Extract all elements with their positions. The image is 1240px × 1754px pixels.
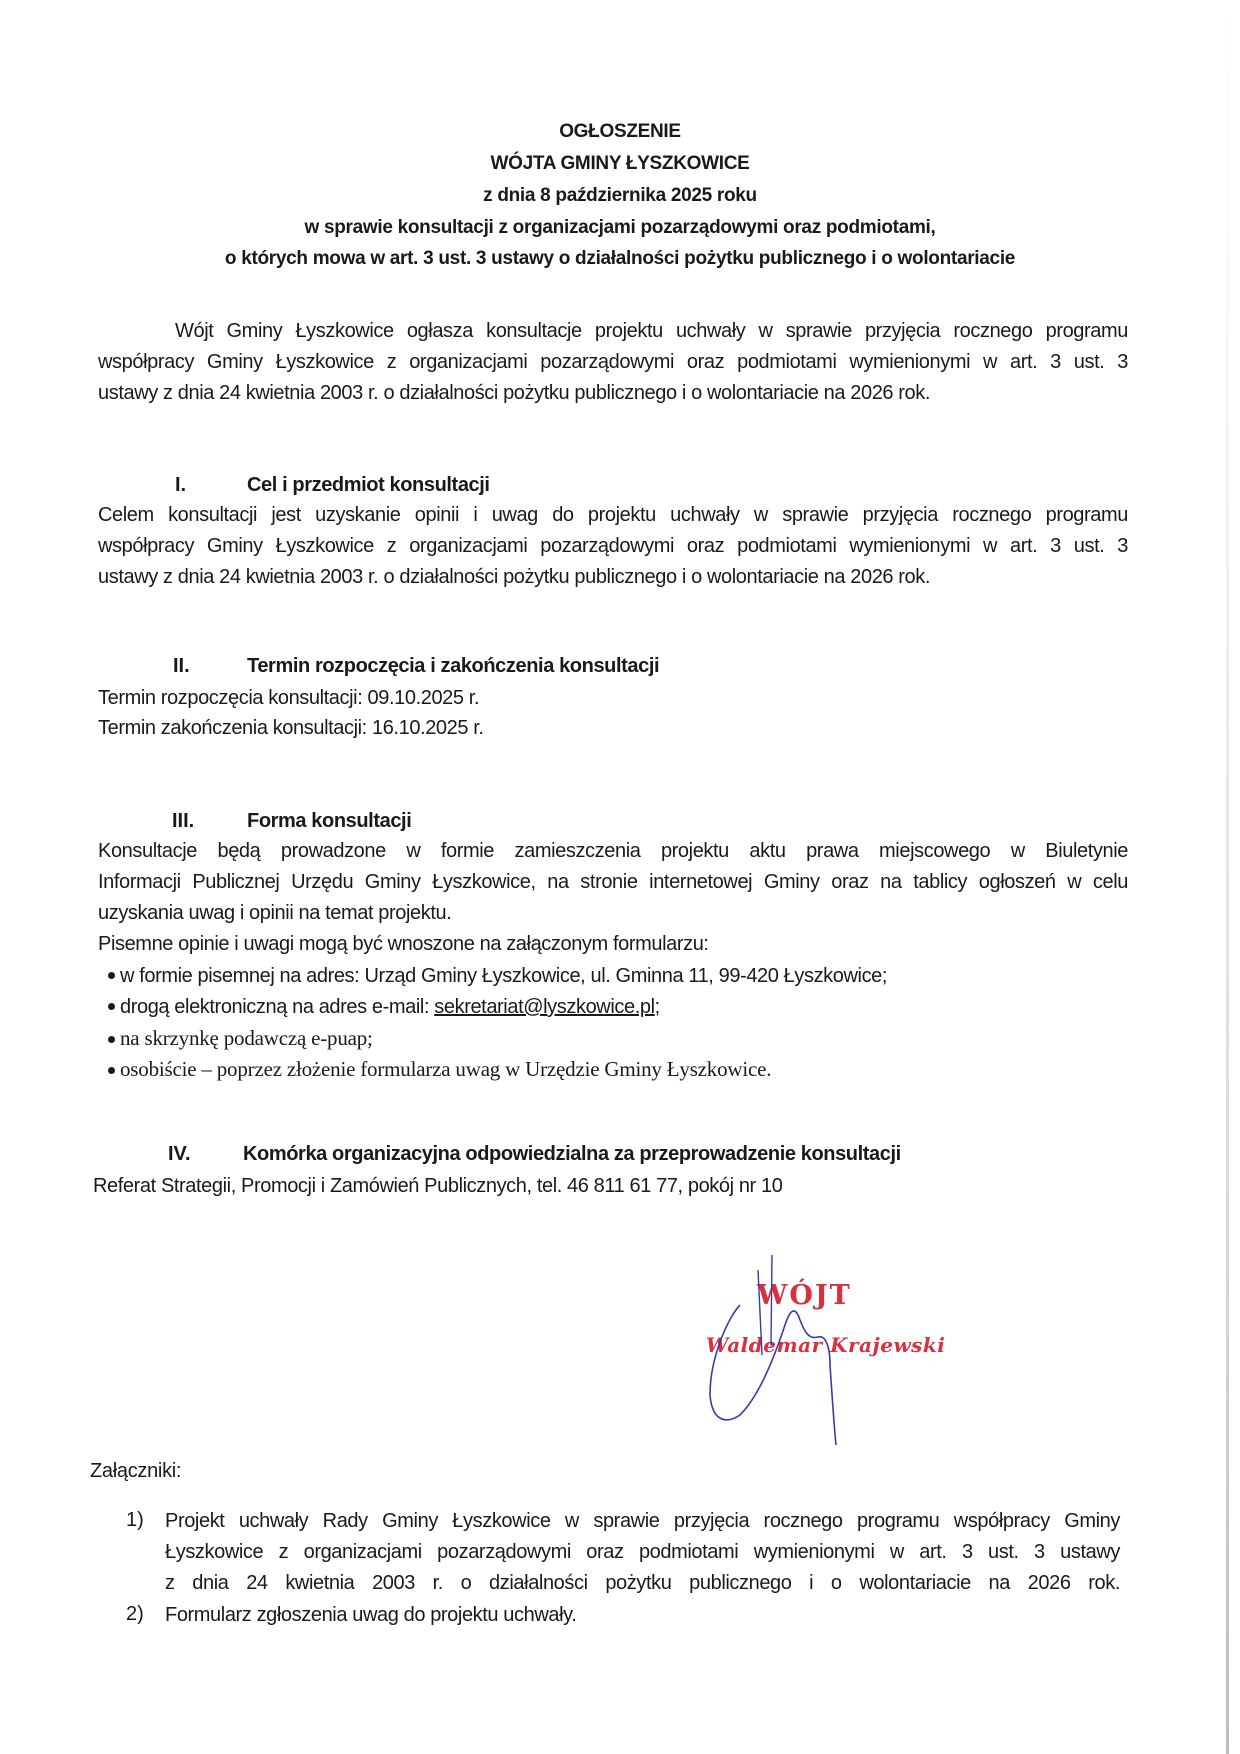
attachment-1-line-3: z dnia 24 kwietnia 2003 r. o działalnośc… <box>165 1571 1120 1595</box>
doc-subject-line-1: w sprawie konsultacji z organizacjami po… <box>0 216 1240 240</box>
intro-line-1: Wójt Gminy Łyszkowice ogłasza konsultacj… <box>175 319 1128 343</box>
responsible-unit: Referat Strategii, Promocji i Zamówień P… <box>93 1174 782 1198</box>
bullet-text-suffix: ; <box>655 996 660 1018</box>
bullet-epuap: na skrzynkę podawczą e-puap; <box>108 1026 373 1050</box>
section-1-line-1: Celem konsultacji jest uzyskanie opinii … <box>98 503 1128 527</box>
intro-line-3: ustawy z dnia 24 kwietnia 2003 r. o dzia… <box>98 381 1128 405</box>
attachment-1-line-1: Projekt uchwały Rady Gminy Łyszkowice w … <box>165 1509 1120 1533</box>
document-page: OGŁOSZENIE WÓJTA GMINY ŁYSZKOWICE z dnia… <box>0 0 1240 1754</box>
consultation-end-date: Termin zakończenia konsultacji: 16.10.20… <box>98 716 484 740</box>
attachment-1-line-2: Łyszkowice z organizacjami pozarządowymi… <box>165 1540 1120 1564</box>
section-4-title: Komórka organizacyjna odpowiedzialna za … <box>243 1143 901 1166</box>
section-1-title: Cel i przedmiot konsultacji <box>247 474 490 497</box>
section-3-line-2: Informacji Publicznej Urzędu Gminy Łyszk… <box>98 870 1128 894</box>
doc-issuer: WÓJTA GMINY ŁYSZKOWICE <box>0 152 1240 176</box>
bullet-email: drogą elektroniczną na adres e-mail: sek… <box>108 995 660 1019</box>
section-3-line-4: Pisemne opinie i uwagi mogą być wnoszone… <box>98 932 709 956</box>
bullet-dot-icon <box>108 1067 115 1074</box>
bullet-in-person: osobiście – poprzez złożenie formularza … <box>108 1057 771 1081</box>
section-2-number: II. <box>173 655 190 678</box>
handwritten-signature-icon <box>700 1245 900 1455</box>
section-2-title: Termin rozpoczęcia i zakończenia konsult… <box>247 655 659 678</box>
bullet-dot-icon <box>108 1003 115 1010</box>
doc-date: z dnia 8 października 2025 roku <box>0 184 1240 208</box>
section-3-line-3: uzyskania uwag i opinii na temat projekt… <box>98 901 451 925</box>
bullet-text: na skrzynkę podawczą e-puap; <box>120 1026 373 1050</box>
bullet-text: drogą elektroniczną na adres e-mail: <box>120 996 434 1018</box>
section-4-number: IV. <box>168 1143 191 1166</box>
bullet-dot-icon <box>108 1036 115 1043</box>
attachments-heading: Załączniki: <box>90 1459 181 1483</box>
attachment-2-number: 2) <box>126 1603 144 1626</box>
section-1-line-3: ustawy z dnia 24 kwietnia 2003 r. o dzia… <box>98 565 1128 589</box>
intro-line-2: współpracy Gminy Łyszkowice z organizacj… <box>98 350 1128 374</box>
section-3-line-1: Konsultacje będą prowadzone w formie zam… <box>98 839 1128 863</box>
section-3-title: Forma konsultacji <box>247 810 411 833</box>
attachment-2-line-1: Formularz zgłoszenia uwag do projektu uc… <box>165 1603 576 1627</box>
section-3-number: III. <box>172 810 194 833</box>
bullet-text: osobiście – poprzez złożenie formularza … <box>120 1057 771 1081</box>
section-1-number: I. <box>175 474 186 497</box>
bullet-postal-address: w formie pisemnej na adres: Urząd Gminy … <box>108 964 887 988</box>
bullet-text: w formie pisemnej na adres: Urząd Gminy … <box>120 965 887 987</box>
attachment-1-number: 1) <box>126 1509 144 1532</box>
doc-subject-line-2: o których mowa w art. 3 ust. 3 ustawy o … <box>0 247 1240 271</box>
consultation-start-date: Termin rozpoczęcia konsultacji: 09.10.20… <box>98 686 479 710</box>
doc-title: OGŁOSZENIE <box>0 120 1240 144</box>
email-link[interactable]: sekretariat@lyszkowice.pl <box>434 996 654 1018</box>
section-1-line-2: współpracy Gminy Łyszkowice z organizacj… <box>98 534 1128 558</box>
bullet-dot-icon <box>108 972 115 979</box>
